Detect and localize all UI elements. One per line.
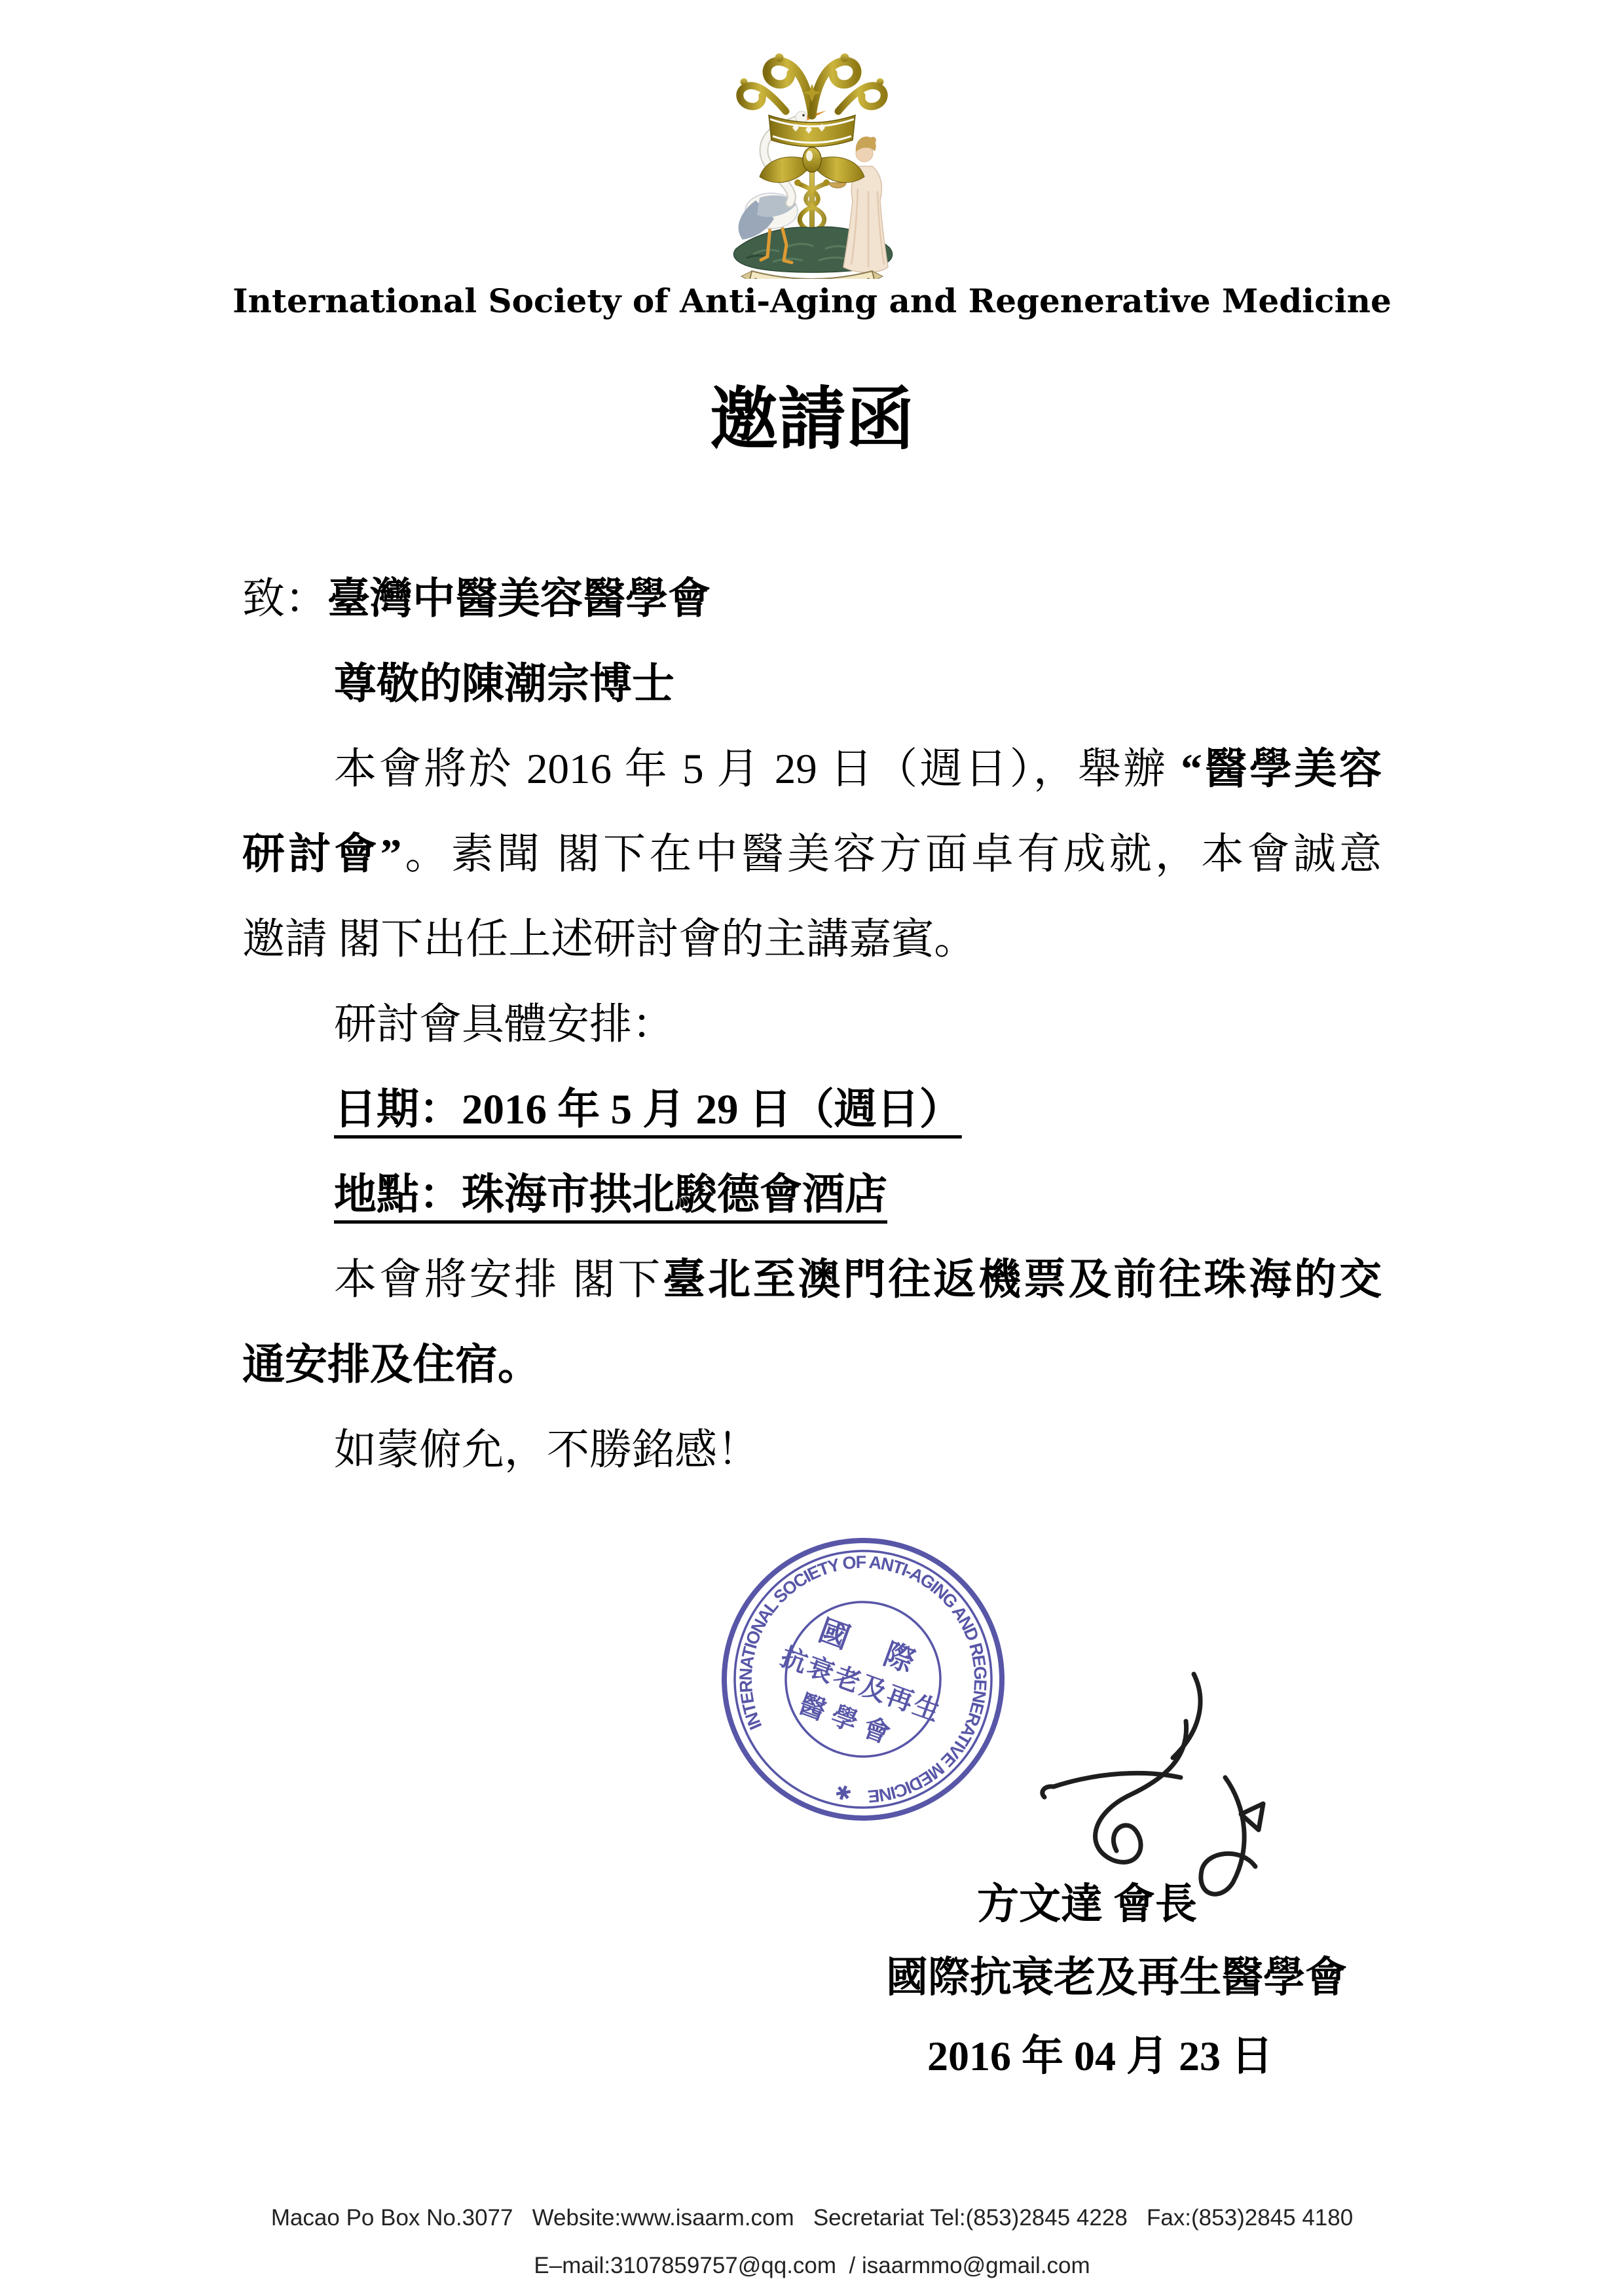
- body-text-segment: 尊敬的陳潮宗博士: [334, 661, 674, 708]
- body-text-segment: 如蒙俯允，不勝銘感！: [334, 1427, 760, 1474]
- body-text-segment: 本會將安排 閣下: [334, 1256, 663, 1303]
- body-line: 地點：珠海市拱北駿德會酒店: [242, 1152, 1382, 1237]
- body-line: 研討會”。素聞 閣下在中醫美容方面卓有成就，本會誠意: [242, 812, 1382, 897]
- crown-icon: [740, 54, 884, 147]
- body-line: 如蒙俯允，不勝銘感！: [242, 1408, 1382, 1493]
- body-text-segment: 邀請 閣下出任上述研討會的主講嘉賓。: [242, 916, 976, 963]
- body-line: 通安排及住宿。: [242, 1322, 1382, 1408]
- body-line: 研討會具體安排：: [242, 982, 1382, 1067]
- letter-title: 邀請函: [0, 383, 1624, 458]
- signer-name-title: 方文達 會長: [910, 1870, 1264, 1931]
- body-line: 致：臺灣中醫美容醫學會: [242, 556, 1382, 642]
- body-text-segment: 研討會具體安排：: [334, 1001, 674, 1048]
- body-text-segment: 地點：珠海市拱北駿德會酒店: [334, 1171, 887, 1218]
- signer-organization: 國際抗衰老及再生醫學會: [812, 1944, 1421, 2004]
- letter-page: I.S.A.A.R.M International Society of Ant…: [0, 0, 1624, 2296]
- body-line: 尊敬的陳潮宗博士: [242, 642, 1382, 727]
- body-text-segment: 通安排及住宿。: [242, 1341, 540, 1389]
- org-seal-stamp-icon: INTERNATIONAL SOCIETY OF ANTI-AGING AND …: [719, 1535, 1007, 1823]
- body-line: 日期：2016 年 5 月 29 日（週日）: [242, 1067, 1382, 1152]
- body-text-segment: 致：: [242, 575, 327, 623]
- body-text-segment: 本會將於 2016 年 5 月 29 日（週日），舉辦: [334, 746, 1181, 793]
- org-name: International Society of Anti-Aging and …: [0, 282, 1624, 320]
- org-logo-icon: I.S.A.A.R.M: [694, 31, 930, 279]
- letter-date: 2016 年 04 月 23 日: [871, 2022, 1329, 2083]
- body-line: 邀請 閣下出任上述研討會的主講嘉賓。: [242, 897, 1382, 982]
- body-text-segment: 。素聞 閣下在中醫美容方面卓有成就，本會誠意: [401, 831, 1382, 878]
- footer-contact-line2: E–mail:3107859757@qq.com / isaarmmo@gmai…: [0, 2253, 1624, 2279]
- footer-contact-line1: Macao Po Box No.3077 Website:www.isaarm.…: [0, 2205, 1624, 2231]
- body-line: 本會將於 2016 年 5 月 29 日（週日），舉辦 “醫學美容: [242, 727, 1382, 812]
- body-text-segment: 研討會”: [242, 831, 401, 878]
- body-text-segment: 臺灣中醫美容醫學會: [327, 575, 710, 623]
- body-text-segment: 臺北至澳門往返機票及前往珠海的交: [663, 1256, 1382, 1303]
- body-text-segment: “醫學美容: [1181, 746, 1382, 793]
- stamp-star-icon: ✱: [832, 1781, 855, 1807]
- body-text-segment: 日期：2016 年 5 月 29 日（週日）: [334, 1086, 962, 1133]
- letter-body: 致：臺灣中醫美容醫學會尊敬的陳潮宗博士本會將於 2016 年 5 月 29 日（…: [242, 556, 1382, 1493]
- body-line: 本會將安排 閣下臺北至澳門往返機票及前往珠海的交: [242, 1237, 1382, 1322]
